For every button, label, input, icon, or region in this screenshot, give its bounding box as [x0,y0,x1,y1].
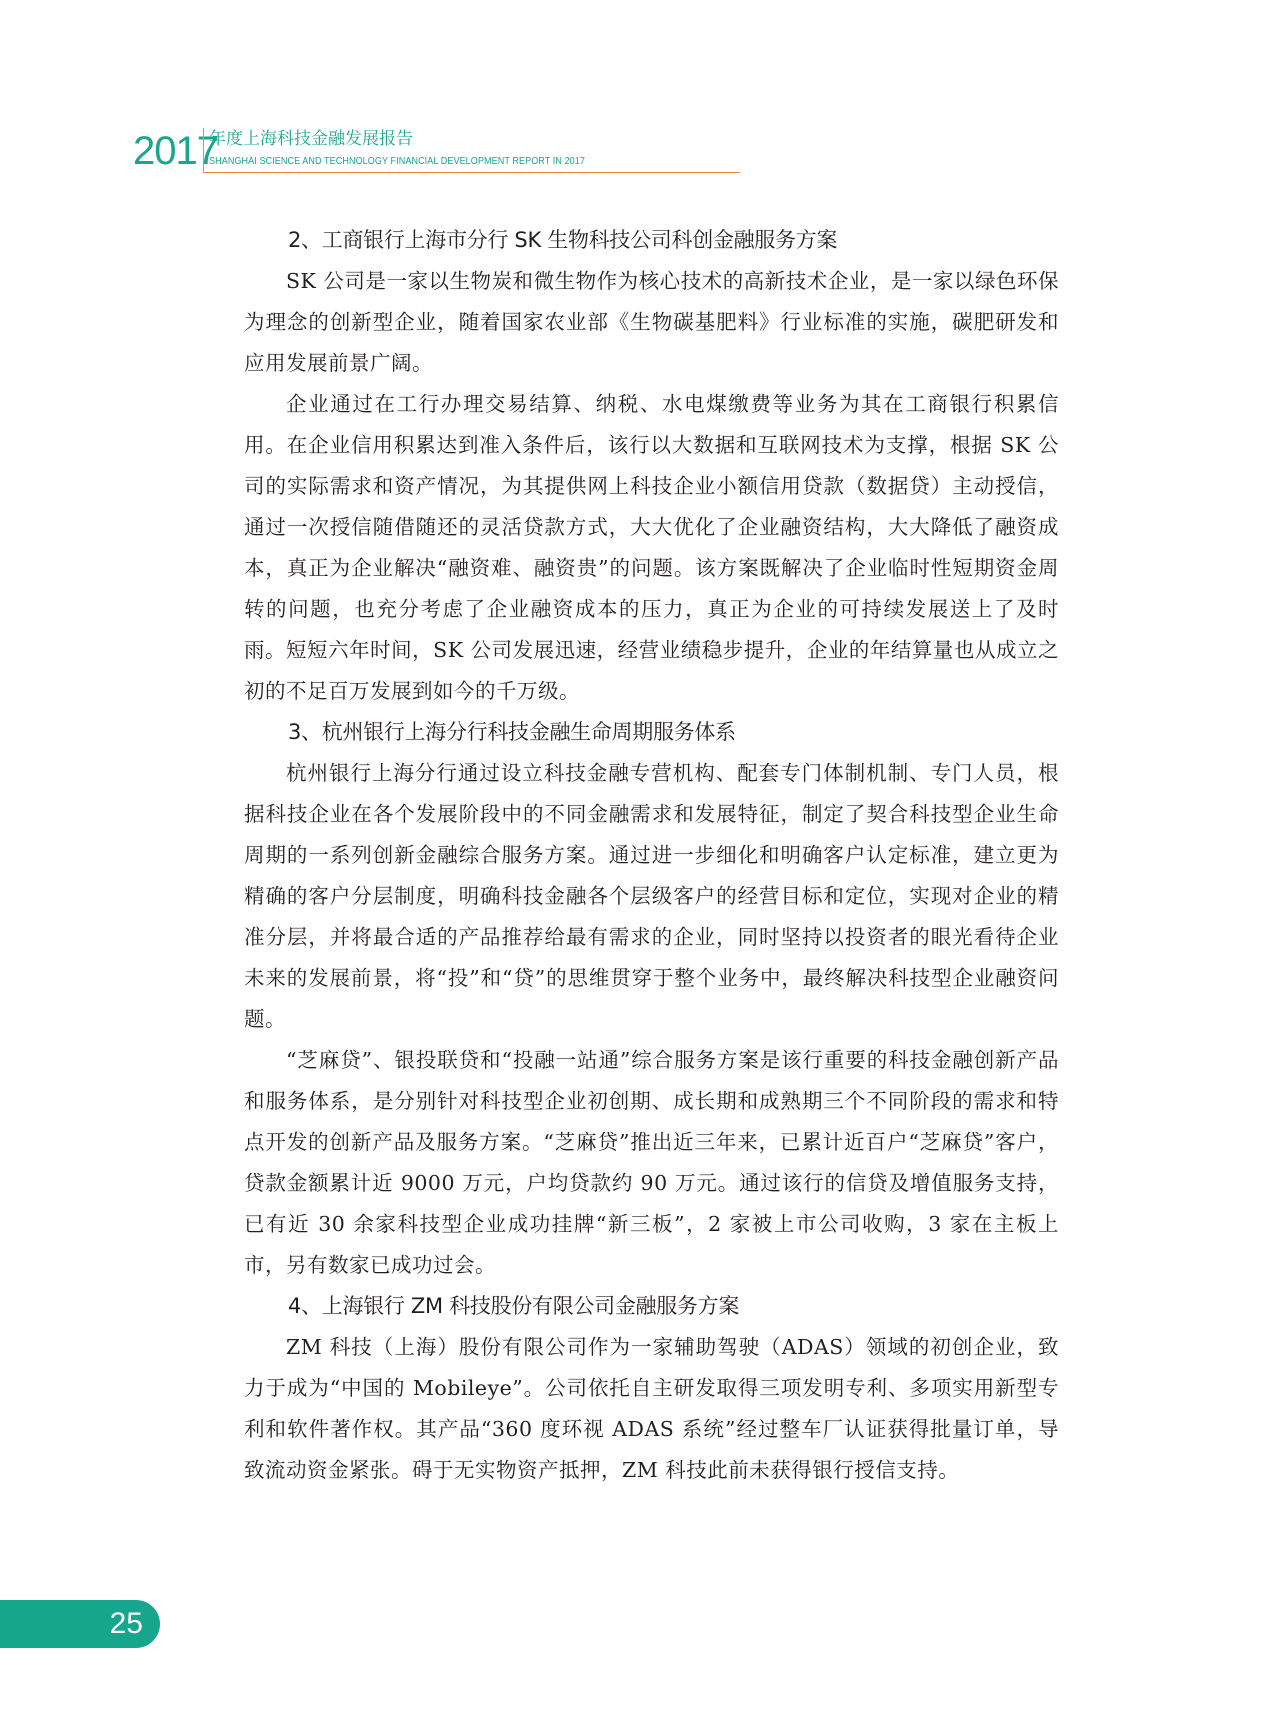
section-title: 3、杭州银行上海分行科技金融生命周期服务体系 [244,712,1059,753]
paragraph: SK 公司是一家以生物炭和微生物作为核心技术的高新技术企业，是一家以绿色环保为理… [244,261,1059,384]
paragraph: ZM 科技（上海）股份有限公司作为一家辅助驾驶（ADAS）领域的初创企业，致力于… [244,1327,1059,1491]
header-year: 2017 [133,131,218,171]
paragraph: 企业通过在工行办理交易结算、纳税、水电煤缴费等业务为其在工商银行积累信用。在企业… [244,384,1059,712]
paragraph: “芝麻贷”、银投联贷和“投融一站通”综合服务方案是该行重要的科技金融创新产品和服… [244,1040,1059,1286]
header-divider-vertical [203,128,204,173]
paragraph: 杭州银行上海分行通过设立科技金融专营机构、配套专门体制机制、专门人员，根据科技企… [244,753,1059,1040]
header-title-en: SHANGHAI SCIENCE AND TECHNOLOGY FINANCIA… [209,154,585,168]
page-number-tab: 25 [0,1600,160,1648]
section-title: 2、工商银行上海市分行 SK 生物科技公司科创金融服务方案 [244,220,1059,261]
section-bosc-zm: 4、上海银行 ZM 科技股份有限公司金融服务方案 ZM 科技（上海）股份有限公司… [244,1286,1059,1491]
page-body: 2、工商银行上海市分行 SK 生物科技公司科创金融服务方案 SK 公司是一家以生… [244,220,1059,1491]
header-divider-horizontal [203,172,740,173]
section-title: 4、上海银行 ZM 科技股份有限公司金融服务方案 [244,1286,1059,1327]
page-number: 25 [110,1606,143,1642]
header-title-cn: 年度上海科技金融发展报告 [209,129,413,149]
section-icbc-sk: 2、工商银行上海市分行 SK 生物科技公司科创金融服务方案 SK 公司是一家以生… [244,220,1059,712]
section-hzbank-lifecycle: 3、杭州银行上海分行科技金融生命周期服务体系 杭州银行上海分行通过设立科技金融专… [244,712,1059,1286]
